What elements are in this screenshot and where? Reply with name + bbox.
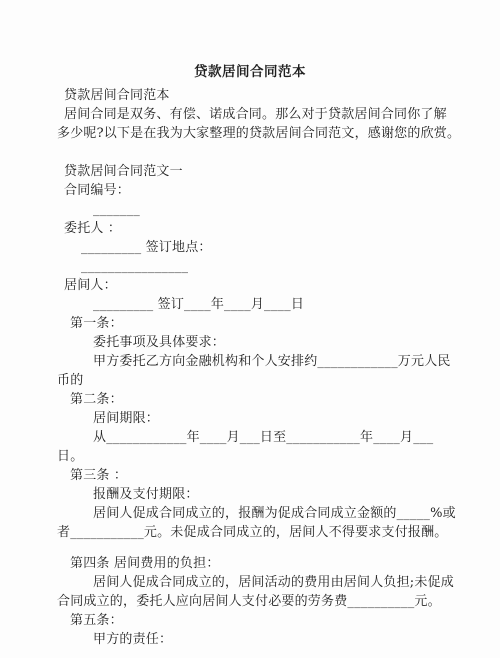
document-line: 第五条： bbox=[70, 611, 492, 630]
document-line: _________ 签订地点： bbox=[81, 238, 492, 257]
document-line: 第三条 ： bbox=[70, 466, 492, 485]
blank-line bbox=[57, 143, 492, 162]
document-line: 合同编号： bbox=[64, 181, 492, 200]
document-line: 合同成立的，委托人应向居间人支付必要的劳务费__________元。 bbox=[57, 592, 492, 611]
document-line: 贷款居间合同范本 bbox=[64, 86, 492, 105]
document-line: 居间人： bbox=[64, 276, 492, 295]
document-line: 贷款居间合同范文一 bbox=[64, 162, 492, 181]
document-line: 第二条： bbox=[70, 390, 492, 409]
document-line: 第一条： bbox=[70, 314, 492, 333]
document-line: 甲方委托乙方向金融机构和个人安排约____________万元人民 bbox=[93, 352, 492, 371]
document-line: 币的 bbox=[57, 371, 492, 390]
document-line: 从____________年____月___日至___________年____… bbox=[93, 428, 492, 447]
document-title: 贷款居间合同范本 bbox=[0, 0, 500, 82]
document-line: 居间合同是双务、有偿、诺成合同。那么对于贷款居间合同你了解 bbox=[64, 105, 492, 124]
document-line: 委托事项及具体要求： bbox=[93, 333, 492, 352]
document-line: 多少呢?以下是在我为大家整理的贷款居间合同范文，感谢您的欣赏。 bbox=[57, 124, 492, 143]
document-line: 甲方的责任： bbox=[93, 630, 492, 649]
document-page: 贷款居间合同范本 贷款居间合同范本居间合同是双务、有偿、诺成合同。那么对于贷款居… bbox=[0, 0, 500, 658]
document-line: 报酬及支付期限： bbox=[93, 485, 492, 504]
document-line: _______ bbox=[93, 200, 492, 219]
document-line: _________ 签订____年____月____日 bbox=[93, 295, 492, 314]
document-line: 第四条 居间费用的负担： bbox=[70, 554, 492, 573]
blank-line bbox=[57, 542, 492, 554]
document-line: 者___________元。未促成合同成立的，居间人不得要求支付报酬。 bbox=[57, 523, 492, 542]
document-line: 居间人促成合同成立的，报酬为促成合同成立金额的_____%或 bbox=[93, 504, 492, 523]
document-line: 居间期限： bbox=[93, 409, 492, 428]
document-line: 日。 bbox=[57, 447, 492, 466]
document-line: ________________ bbox=[81, 257, 492, 276]
document-line: 居间人促成合同成立的，居间活动的费用由居间人负担;未促成 bbox=[93, 573, 492, 592]
document-line: 委托人 ： bbox=[64, 219, 492, 238]
document-body: 贷款居间合同范本居间合同是双务、有偿、诺成合同。那么对于贷款居间合同你了解多少呢… bbox=[0, 82, 500, 649]
